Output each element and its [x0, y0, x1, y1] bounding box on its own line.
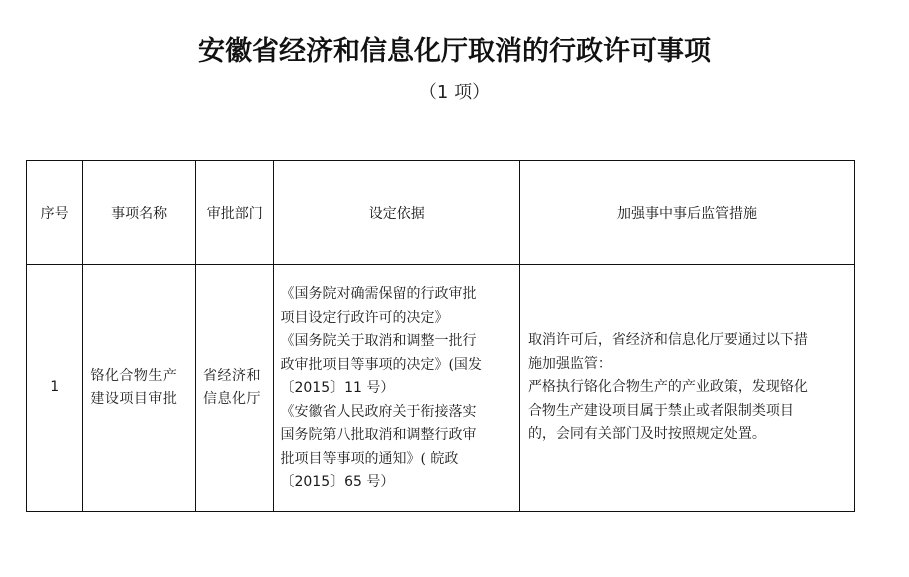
header-legal-basis: 设定依据 — [274, 161, 519, 265]
document-title: 安徽省经济和信息化厅取消的行政许可事项 — [0, 34, 909, 70]
measures-line: 合物生产建设项目属于禁止或者限制类项目 — [528, 400, 848, 424]
cell-legal-basis: 《国务院对确需保留的行政审批 项目设定行政许可的决定》 《国务院关于取消和调整一… — [274, 265, 519, 512]
header-item-name: 事项名称 — [83, 161, 196, 265]
measures-line: 的，会同有关部门及时按照规定处置。 — [528, 423, 848, 447]
measures-line: 施加强监管： — [528, 353, 848, 377]
item-count-subtitle: （1 项） — [0, 80, 909, 106]
item-name-line: 铬化合物生产 — [90, 365, 195, 389]
cell-seq: 1 — [27, 265, 83, 512]
basis-line: 国务院第八批取消和调整行政审 — [280, 424, 514, 448]
cancelled-permits-table: 序号 事项名称 审批部门 设定依据 加强事中事后监管措施 1 铬化合物生产 建设… — [26, 160, 855, 512]
measures-line: 取消许可后，省经济和信息化厅要通过以下措 — [528, 329, 848, 353]
cell-supervision-measures: 取消许可后，省经济和信息化厅要通过以下措 施加强监管： 严格执行铬化合物生产的产… — [519, 265, 854, 512]
basis-line: 〔2015〕11 号） — [280, 377, 514, 401]
basis-line: 项目设定行政许可的决定》 — [280, 307, 514, 331]
basis-line: 政审批项目等事项的决定》(国发 — [280, 354, 514, 378]
cell-approval-dept: 省经济和 信息化厅 — [196, 265, 274, 512]
item-name-line: 建设项目审批 — [90, 388, 195, 412]
basis-line: 《国务院对确需保留的行政审批 — [280, 283, 514, 307]
header-supervision-measures: 加强事中事后监管措施 — [519, 161, 854, 265]
basis-line: 〔2015〕65 号） — [280, 471, 514, 495]
table-row: 1 铬化合物生产 建设项目审批 省经济和 信息化厅 《国务院对确需保留的行政审批… — [27, 265, 855, 512]
basis-line: 《国务院关于取消和调整一批行 — [280, 330, 514, 354]
header-seq: 序号 — [27, 161, 83, 265]
header-approval-dept: 审批部门 — [196, 161, 274, 265]
measures-line: 严格执行铬化合物生产的产业政策，发现铬化 — [528, 376, 848, 400]
basis-line: 《安徽省人民政府关于衔接落实 — [280, 401, 514, 425]
dept-line: 信息化厅 — [203, 388, 273, 412]
basis-line: 批项目等事项的通知》( 皖政 — [280, 448, 514, 472]
dept-line: 省经济和 — [203, 365, 273, 389]
cell-item-name: 铬化合物生产 建设项目审批 — [83, 265, 196, 512]
table-header-row: 序号 事项名称 审批部门 设定依据 加强事中事后监管措施 — [27, 161, 855, 265]
